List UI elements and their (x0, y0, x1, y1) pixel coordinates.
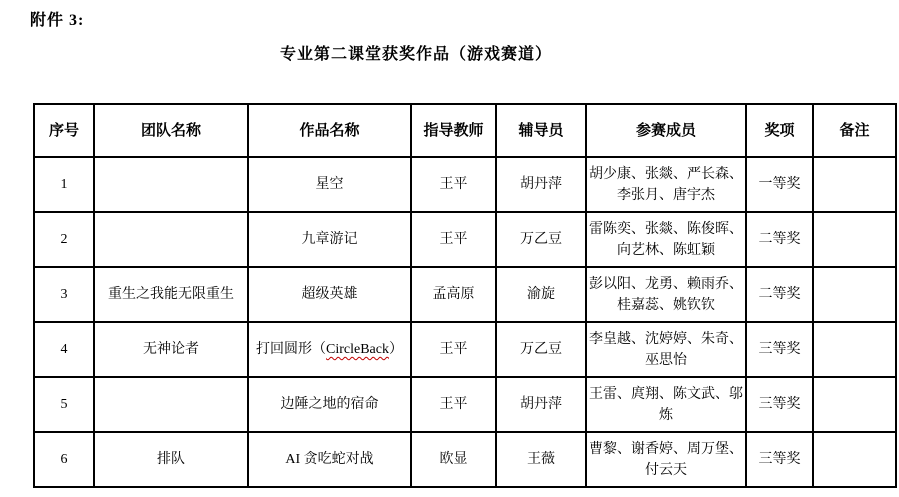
cell-work: AI 贪吃蛇对战 (248, 432, 411, 487)
cell-team: 重生之我能无限重生 (94, 267, 248, 322)
cell-members: 胡少康、张燚、严长森、李张月、唐宇杰 (586, 157, 746, 212)
cell-teacher: 孟高原 (411, 267, 496, 322)
table-row: 2九章游记王平万乙豆雷陈奕、张燚、陈俊晖、向艺林、陈虹颖二等奖 (34, 212, 896, 267)
cell-note (813, 432, 896, 487)
header-team: 团队名称 (94, 104, 248, 157)
cell-award: 二等奖 (746, 267, 813, 322)
cell-note (813, 212, 896, 267)
spellcheck-flagged-text: CircleBack (326, 342, 389, 357)
table-row: 4无神论者打回圆形（CircleBack）王平万乙豆李皇越、沈婷婷、朱奇、巫思怡… (34, 322, 896, 377)
cell-team (94, 212, 248, 267)
cell-counselor: 王薇 (496, 432, 586, 487)
table-row: 6排队AI 贪吃蛇对战欧显王薇曹黎、谢香婷、周万堡、付云天三等奖 (34, 432, 896, 487)
cell-work: 星空 (248, 157, 411, 212)
cell-award: 二等奖 (746, 212, 813, 267)
cell-no: 6 (34, 432, 94, 487)
cell-note (813, 267, 896, 322)
table-header-row: 序号团队名称作品名称指导教师辅导员参赛成员奖项备注 (34, 104, 896, 157)
cell-no: 4 (34, 322, 94, 377)
cell-counselor: 胡丹萍 (496, 157, 586, 212)
cell-members: 王雷、庹翔、陈文武、邬炼 (586, 377, 746, 432)
cell-team: 无神论者 (94, 322, 248, 377)
cell-counselor: 渝旋 (496, 267, 586, 322)
work-name-prefix: 打回圆形（ (256, 342, 326, 357)
cell-no: 2 (34, 212, 94, 267)
cell-award: 三等奖 (746, 377, 813, 432)
cell-teacher: 王平 (411, 322, 496, 377)
awards-table: 序号团队名称作品名称指导教师辅导员参赛成员奖项备注 1星空王平胡丹萍胡少康、张燚… (33, 103, 897, 488)
cell-members: 雷陈奕、张燚、陈俊晖、向艺林、陈虹颖 (586, 212, 746, 267)
cell-members: 李皇越、沈婷婷、朱奇、巫思怡 (586, 322, 746, 377)
cell-work: 打回圆形（CircleBack） (248, 322, 411, 377)
header-work: 作品名称 (248, 104, 411, 157)
cell-note (813, 322, 896, 377)
cell-counselor: 胡丹萍 (496, 377, 586, 432)
cell-counselor: 万乙豆 (496, 322, 586, 377)
cell-award: 三等奖 (746, 432, 813, 487)
cell-teacher: 王平 (411, 157, 496, 212)
document-page: 附件 3: 专业第二课堂获奖作品（游戏赛道） 序号团队名称作品名称指导教师辅导员… (0, 0, 899, 497)
cell-members: 彭以阳、龙勇、赖雨乔、桂嘉蕊、姚钦钦 (586, 267, 746, 322)
cell-work: 边陲之地的宿命 (248, 377, 411, 432)
work-name-suffix: ） (389, 342, 403, 357)
cell-team (94, 157, 248, 212)
cell-work: 超级英雄 (248, 267, 411, 322)
header-award: 奖项 (746, 104, 813, 157)
cell-team (94, 377, 248, 432)
cell-note (813, 377, 896, 432)
cell-work: 九章游记 (248, 212, 411, 267)
cell-no: 5 (34, 377, 94, 432)
header-teacher: 指导教师 (411, 104, 496, 157)
table-body: 1星空王平胡丹萍胡少康、张燚、严长森、李张月、唐宇杰一等奖2九章游记王平万乙豆雷… (34, 157, 896, 487)
cell-teacher: 王平 (411, 212, 496, 267)
cell-teacher: 欧显 (411, 432, 496, 487)
cell-no: 1 (34, 157, 94, 212)
cell-counselor: 万乙豆 (496, 212, 586, 267)
header-counselor: 辅导员 (496, 104, 586, 157)
attachment-label: 附件 3: (30, 7, 84, 30)
header-no: 序号 (34, 104, 94, 157)
cell-note (813, 157, 896, 212)
page-title: 专业第二课堂获奖作品（游戏赛道） (33, 41, 799, 64)
cell-award: 一等奖 (746, 157, 813, 212)
cell-members: 曹黎、谢香婷、周万堡、付云天 (586, 432, 746, 487)
cell-award: 三等奖 (746, 322, 813, 377)
header-members: 参赛成员 (586, 104, 746, 157)
cell-teacher: 王平 (411, 377, 496, 432)
table-row: 5边陲之地的宿命王平胡丹萍王雷、庹翔、陈文武、邬炼三等奖 (34, 377, 896, 432)
cell-team: 排队 (94, 432, 248, 487)
header-note: 备注 (813, 104, 896, 157)
cell-no: 3 (34, 267, 94, 322)
table-row: 1星空王平胡丹萍胡少康、张燚、严长森、李张月、唐宇杰一等奖 (34, 157, 896, 212)
table-row: 3重生之我能无限重生超级英雄孟高原渝旋彭以阳、龙勇、赖雨乔、桂嘉蕊、姚钦钦二等奖 (34, 267, 896, 322)
